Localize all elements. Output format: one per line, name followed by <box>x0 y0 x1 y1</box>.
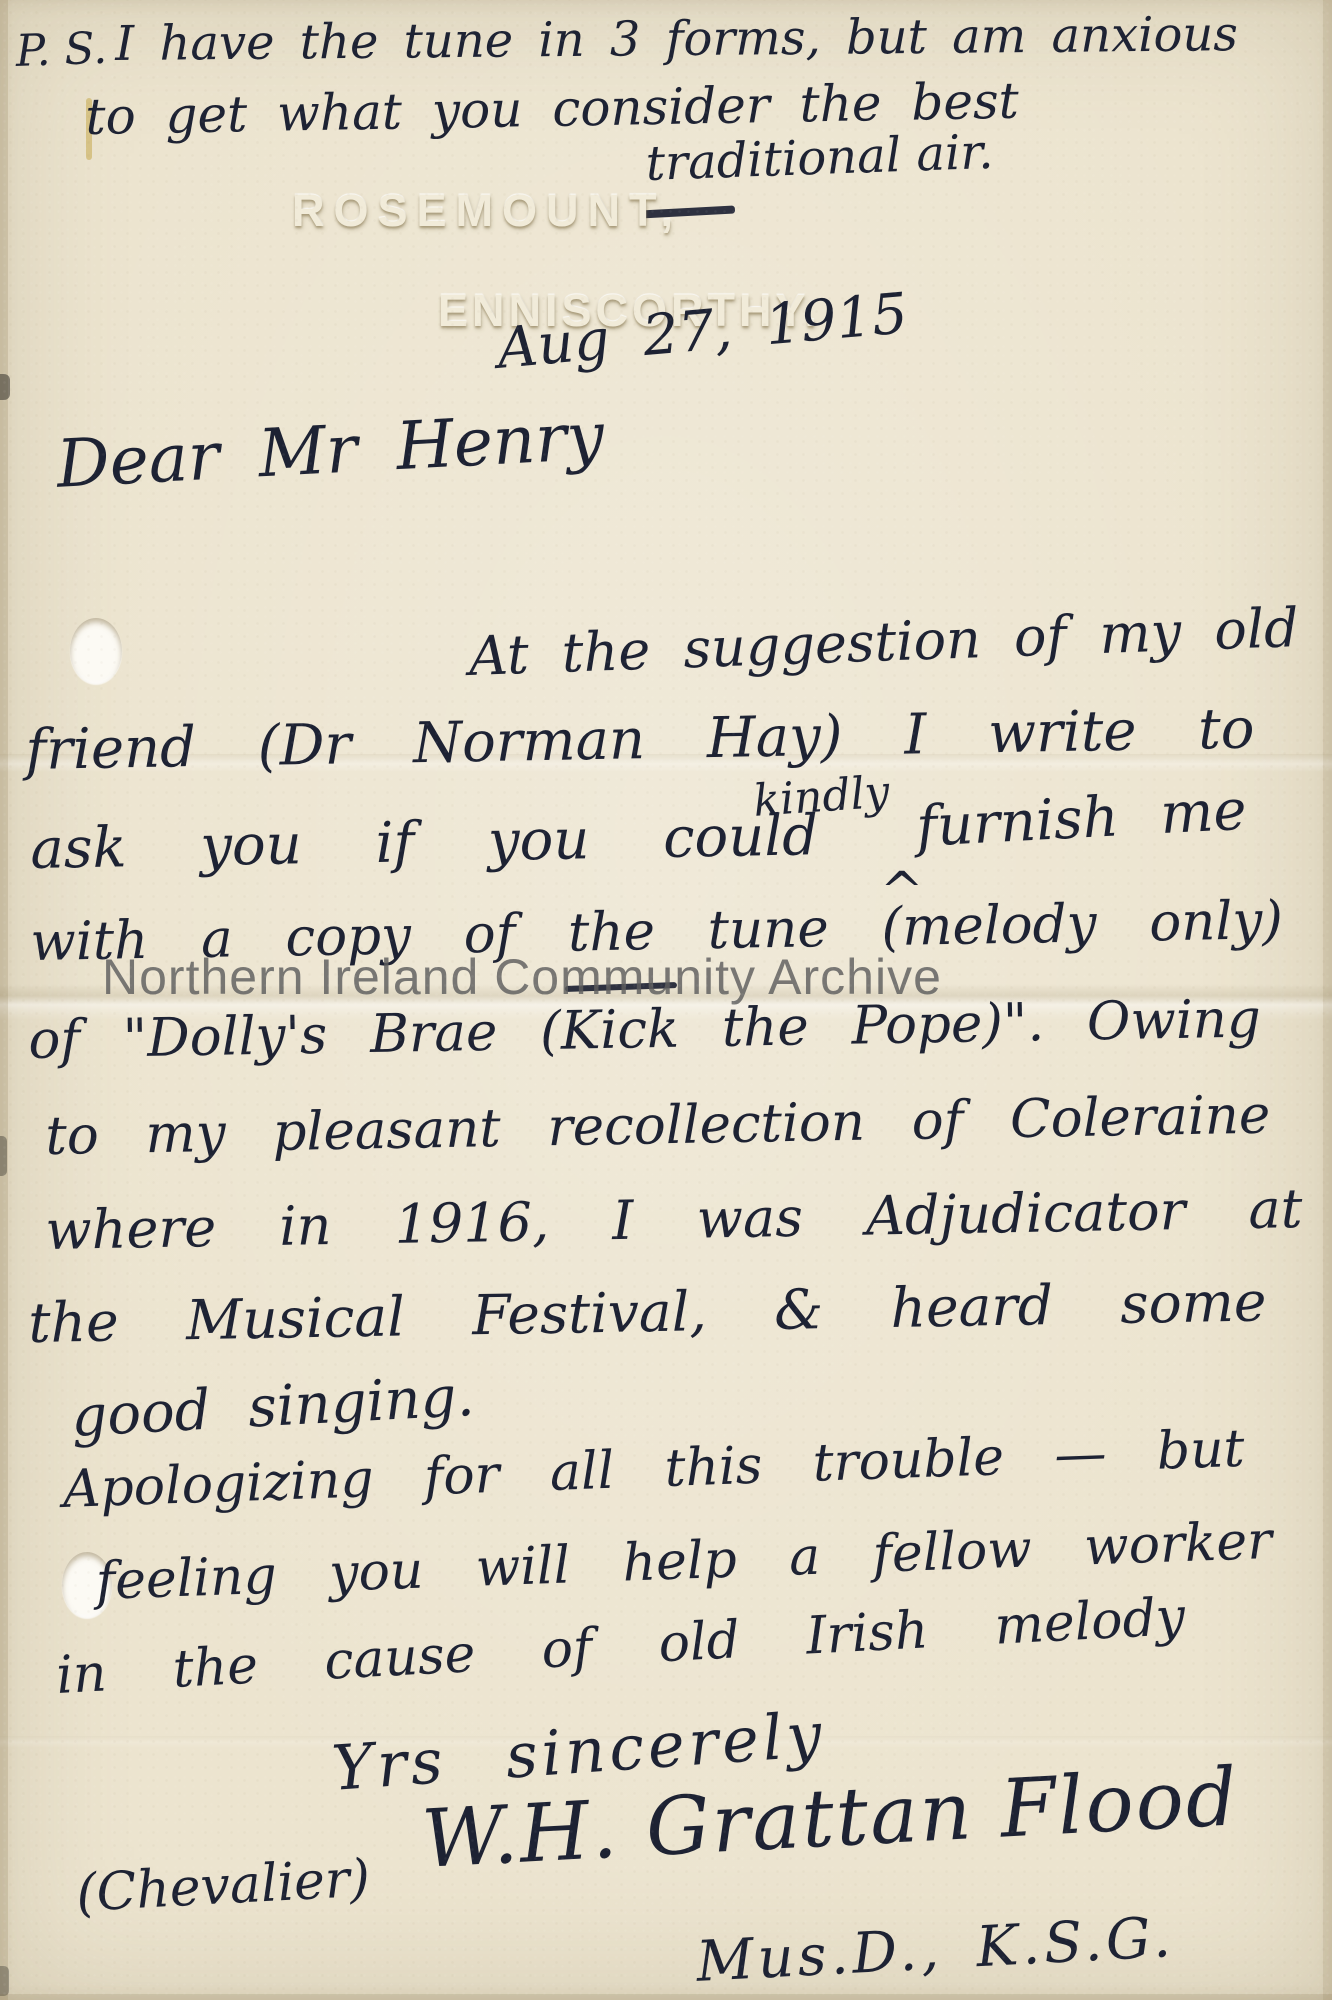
handwritten-line: to my pleasant recollection of Coleraine <box>45 1089 1271 1163</box>
edge-speck <box>0 374 10 400</box>
handwritten-line: good singing. <box>70 1369 476 1446</box>
watermark-text: Northern Ireland Community Archive <box>102 952 942 1002</box>
handwritten-line: the Musical Festival, & heard some <box>28 1274 1267 1351</box>
handwritten-line: At the suggestion of my old <box>468 601 1300 684</box>
left-edge-shade <box>0 0 8 2000</box>
salutation: Dear Mr Henry <box>55 403 606 498</box>
handwritten-line: where in 1916, I was Adjudicator at <box>45 1182 1303 1258</box>
handwritten-line: friend (Dr Norman Hay) I write to <box>25 702 1255 779</box>
handwritten-line: ask you if you could <box>30 808 818 878</box>
handwritten-line: furnish me <box>915 783 1248 856</box>
edge-speck <box>0 1966 9 1996</box>
signature-prefix: (Chevalier) <box>75 1853 371 1920</box>
postscript-line: I have the tune in 3 forms, but am anxio… <box>115 10 1238 68</box>
signature-credentials: Mus.D., K.S.G. <box>695 1910 1176 1991</box>
edge-speck <box>0 1136 7 1176</box>
right-edge-shade <box>1323 0 1332 2000</box>
bottom-edge-shade <box>0 1994 1332 2000</box>
postscript-label: P. S. <box>15 27 108 74</box>
postscript-line: traditional air. <box>645 128 994 188</box>
letter-scan-page: P. S. I have the tune in 3 forms, but am… <box>0 0 1332 2000</box>
punch-hole <box>70 618 122 684</box>
letterhead-line1: ROSEMOUNT, <box>292 188 682 233</box>
inserted-word: kindly <box>752 771 891 824</box>
